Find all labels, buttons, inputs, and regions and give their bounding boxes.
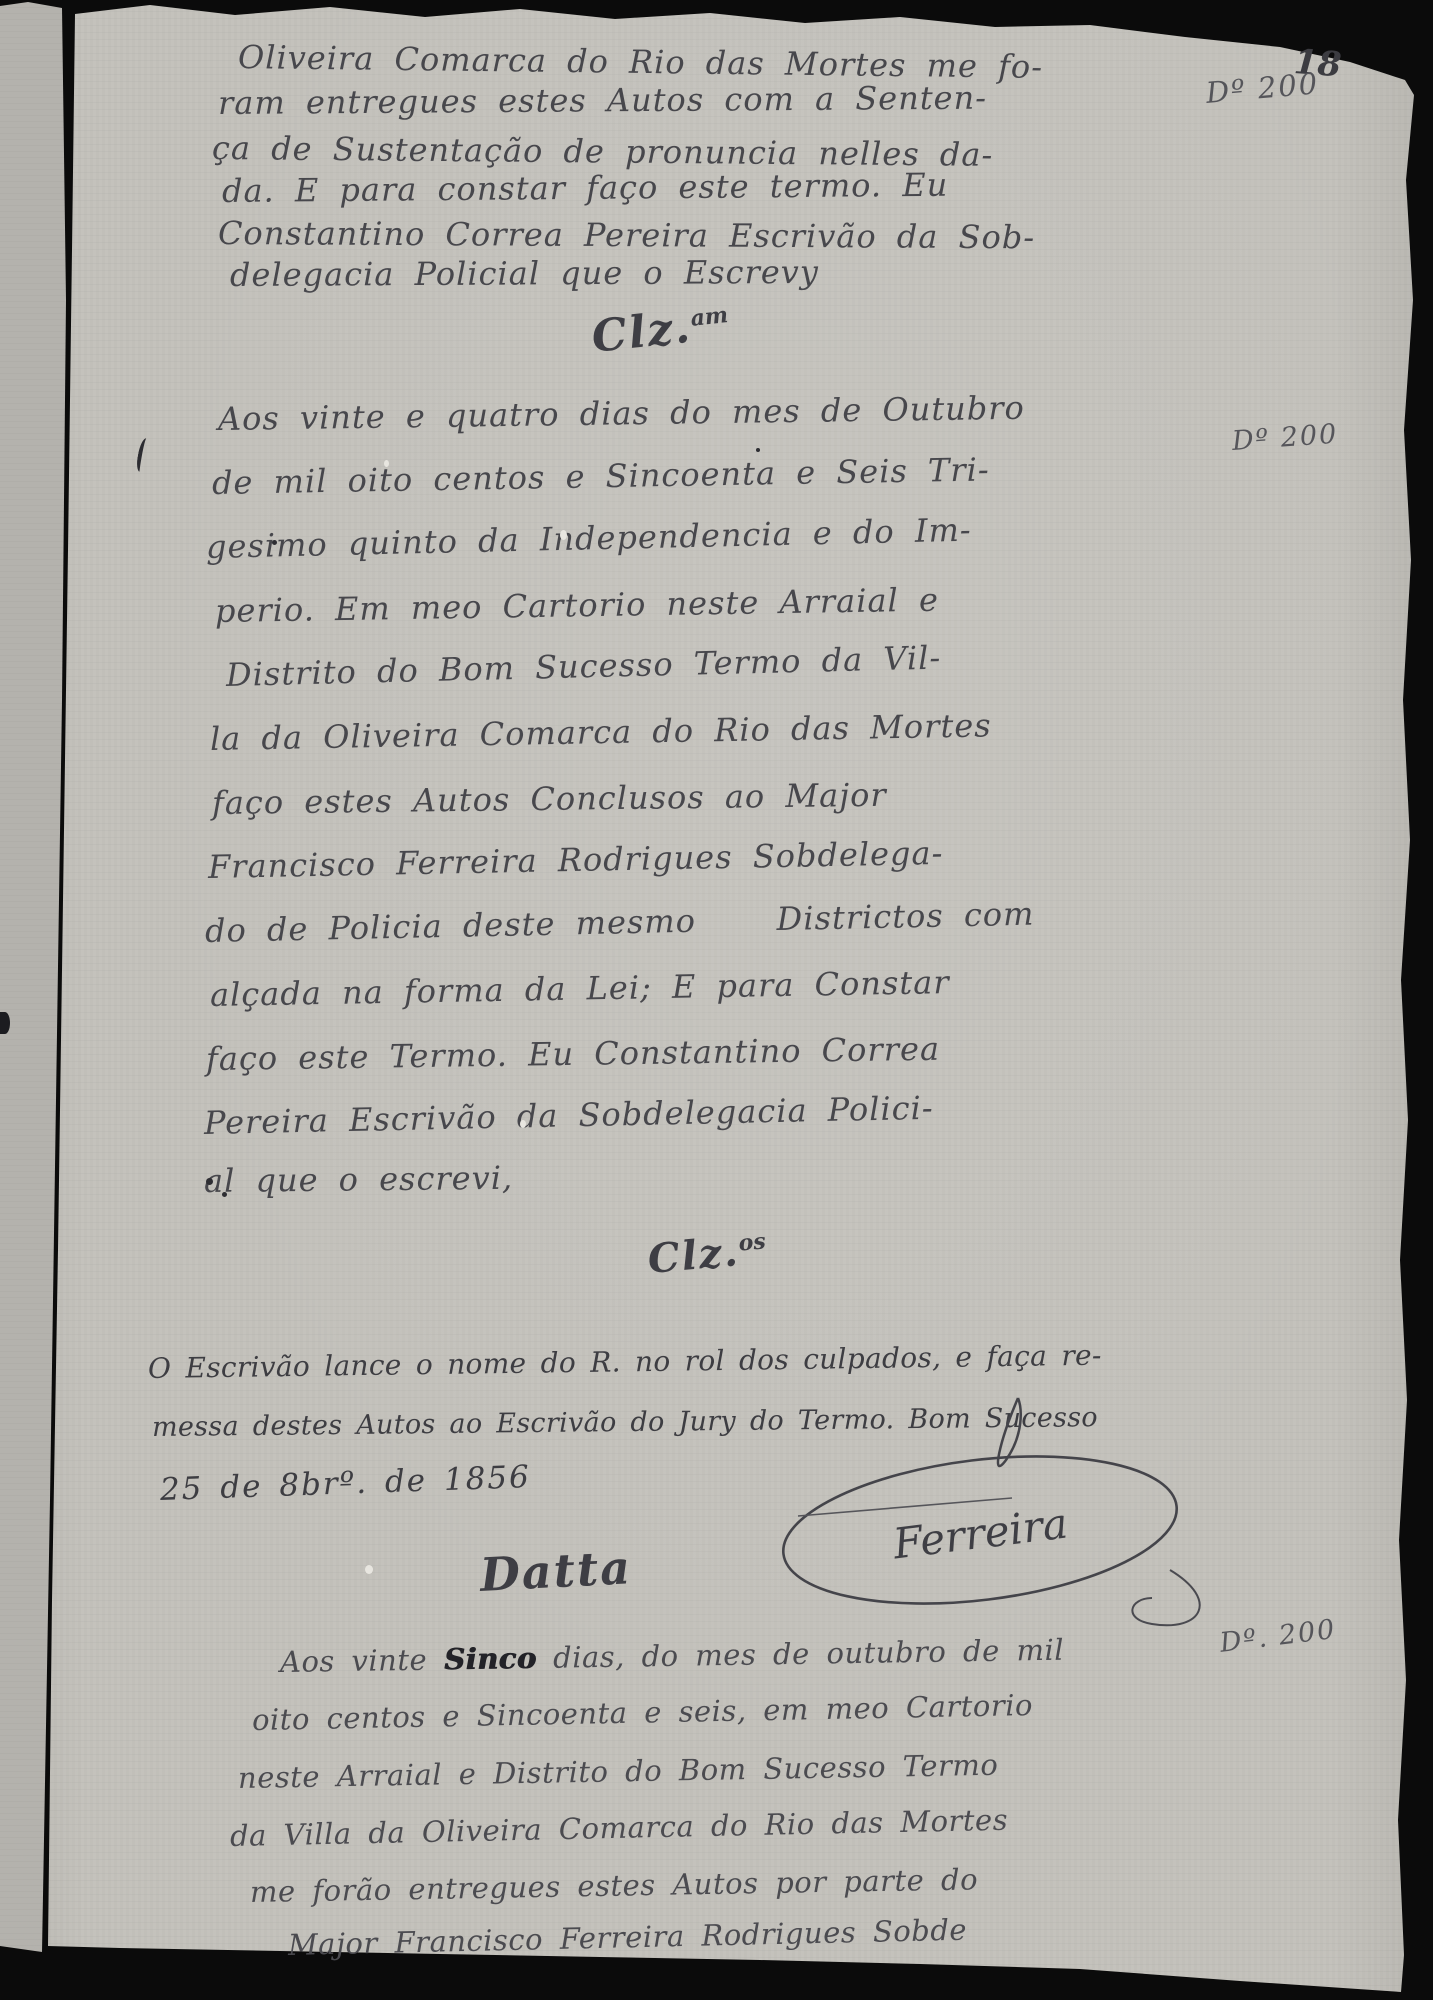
heading-superscript: am xyxy=(689,302,729,332)
line-text: Aos vinte xyxy=(280,1642,444,1679)
paper-speck xyxy=(365,1565,373,1574)
ink-speck xyxy=(206,1178,213,1185)
ink-speck xyxy=(272,540,277,545)
manuscript-line: da. E para constar faço este termo. Eu xyxy=(222,166,949,210)
section-heading-datta: Datta xyxy=(479,1540,634,1602)
ink-speck xyxy=(222,1192,227,1197)
corrected-word: Sinco xyxy=(444,1641,537,1676)
manuscript-line: al que o escrevi, xyxy=(204,1159,514,1200)
heading-superscript: os xyxy=(738,1228,767,1256)
manuscript-line: Constantino Correa Pereira Escrivão da S… xyxy=(218,214,1035,256)
paper-speck xyxy=(384,460,389,467)
manuscript-line: ram entregues estes Autos com a Senten- xyxy=(218,79,987,122)
signature-name: Ferreira xyxy=(889,1498,1070,1568)
paper-speck xyxy=(520,1120,526,1128)
manuscript-line: delegacia Policial que o Escrevy xyxy=(230,253,819,294)
heading-base: Clz. xyxy=(646,1228,741,1283)
paper-speck xyxy=(560,530,567,540)
manuscript-scan: 18 Dº 200 Dº 200 Dº. 200 Oliveira Comarc… xyxy=(0,0,1433,2000)
signature-tail xyxy=(1132,1570,1199,1625)
heading-base: Clz. xyxy=(589,302,694,363)
ink-speck xyxy=(756,448,760,452)
ink-blot-edge xyxy=(0,1012,10,1034)
signature-flourish: Ferreira xyxy=(750,1380,1230,1640)
